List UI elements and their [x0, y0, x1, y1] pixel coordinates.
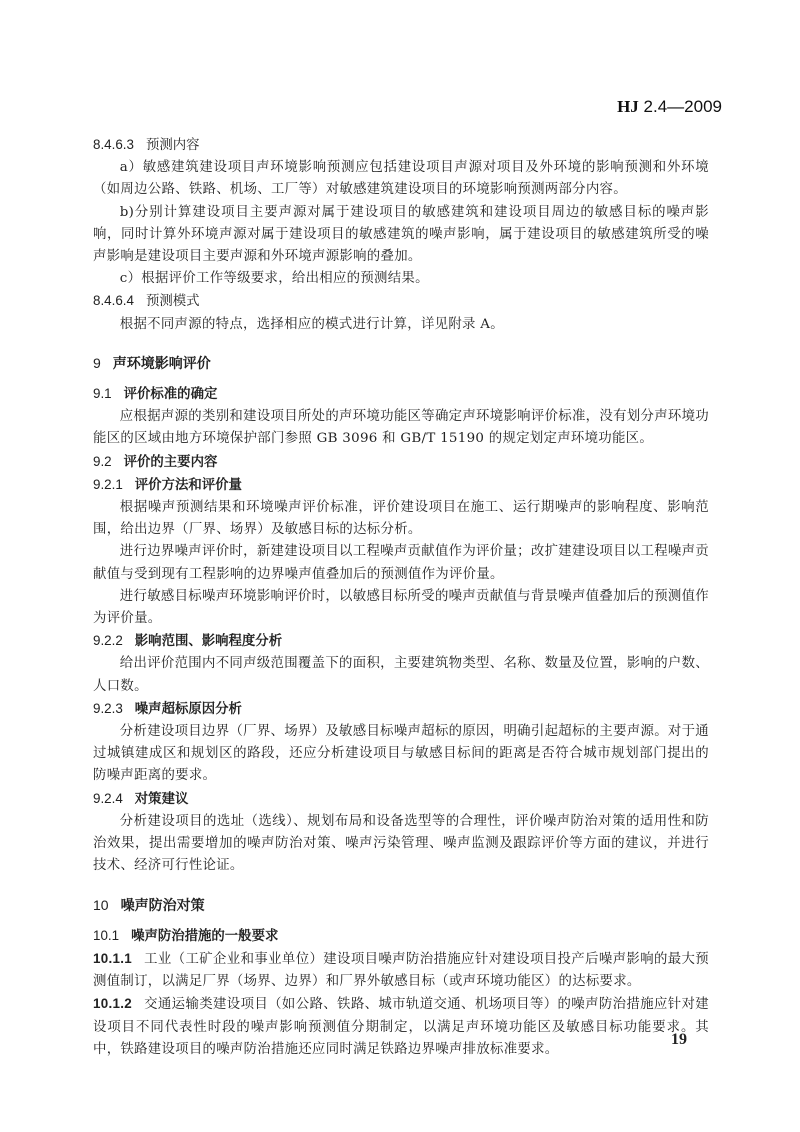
clause-number: 10.1.1 [93, 951, 132, 966]
paragraph-921-2: 进行边界噪声评价时，新建建设项目以工程噪声贡献值作为评价量；改扩建建设项目以工程… [93, 541, 709, 585]
clause-number: 8.4.6.3 [93, 137, 134, 152]
clause-number: 9.2 [93, 454, 112, 469]
clause-number: 10.1 [93, 928, 119, 943]
clause-title: 噪声防治措施的一般要求 [131, 929, 278, 944]
chapter-number: 9 [93, 355, 101, 371]
clause-heading-91: 9.1评价标准的确定 [93, 383, 709, 406]
standard-code-header: HJ 2.4—2009 [617, 97, 722, 117]
chapter-number: 10 [93, 897, 109, 913]
clause-title: 对策建议 [135, 792, 189, 807]
chapter-heading-9: 9声环境影响评价 [93, 352, 709, 375]
clause-title: 评价的主要内容 [124, 455, 218, 470]
clause-heading-101: 10.1噪声防治措施的一般要求 [93, 925, 709, 948]
clause-heading-8463: 8.4.6.3预测内容 [93, 134, 709, 157]
clause-number: 9.2.2 [93, 633, 123, 648]
paragraph-921-1: 根据噪声预测结果和环境噪声评价标准，评价建设项目在施工、运行期噪声的影响程度、影… [93, 497, 709, 541]
paragraph-923: 分析建设项目边界（厂界、场界）及敏感目标噪声超标的原因，明确引起超标的主要声源。… [93, 721, 709, 788]
clause-number: 9.2.1 [93, 477, 123, 492]
clause-number: 9.2.3 [93, 701, 123, 716]
paragraph-8464: 根据不同声源的特点，选择相应的模式进行计算，详见附录 A。 [93, 314, 709, 336]
clause-heading-924: 9.2.4对策建议 [93, 788, 709, 811]
clause-heading-923: 9.2.3噪声超标原因分析 [93, 698, 709, 721]
clause-title: 预测模式 [146, 294, 200, 309]
chapter-heading-10: 10噪声防治对策 [93, 894, 709, 917]
clause-text: 交通运输类建设项目（如公路、铁路、城市轨道交通、机场项目等）的噪声防治措施应针对… [93, 997, 709, 1056]
page-number: 19 [671, 1031, 687, 1049]
clause-number: 10.1.2 [93, 996, 132, 1011]
paragraph-91: 应根据声源的类别和建设项目所处的声环境功能区等确定声环境影响评价标准，没有划分声… [93, 406, 709, 450]
standard-number: 2.4—2009 [644, 97, 722, 116]
clause-1012: 10.1.2交通运输类建设项目（如公路、铁路、城市轨道交通、机场项目等）的噪声防… [93, 993, 709, 1061]
clause-title: 预测内容 [146, 138, 200, 153]
clause-heading-8464: 8.4.6.4预测模式 [93, 290, 709, 313]
clause-heading-922: 9.2.2影响范围、影响程度分析 [93, 630, 709, 653]
document-page: HJ 2.4—2009 8.4.6.3预测内容 a）敏感建筑建设项目声环境影响预… [0, 0, 800, 1132]
clause-title: 影响范围、影响程度分析 [135, 634, 282, 649]
clause-number: 8.4.6.4 [93, 293, 134, 308]
paragraph-924: 分析建设项目的选址（选线）、规划布局和设备选型等的合理性，评价噪声防治对策的适用… [93, 811, 709, 878]
paragraph-921-3: 进行敏感目标噪声环境影响评价时，以敏感目标所受的噪声贡献值与背景噪声值叠加后的预… [93, 586, 709, 630]
clause-heading-921: 9.2.1评价方法和评价量 [93, 474, 709, 497]
clause-title: 评价标准的确定 [124, 387, 218, 402]
clause-1011: 10.1.1工业（工矿企业和事业单位）建设项目噪声防治措施应针对建设项目投产后噪… [93, 948, 709, 993]
paragraph-8463-c: c）根据评价工作等级要求，给出相应的预测结果。 [93, 268, 709, 290]
clause-title: 评价方法和评价量 [135, 478, 242, 493]
clause-heading-92: 9.2评价的主要内容 [93, 451, 709, 474]
paragraph-8463-a: a）敏感建筑建设项目声环境影响预测应包括建设项目声源对项目及外环境的影响预测和外… [93, 157, 709, 201]
standard-prefix: HJ [617, 97, 639, 116]
clause-number: 9.2.4 [93, 791, 123, 806]
clause-title: 噪声超标原因分析 [135, 702, 242, 717]
chapter-title: 声环境影响评价 [113, 356, 211, 372]
chapter-title: 噪声防治对策 [121, 898, 205, 914]
paragraph-922: 给出评价范围内不同声级范围覆盖下的面积，主要建筑物类型、名称、数量及位置，影响的… [93, 653, 709, 697]
document-body: 8.4.6.3预测内容 a）敏感建筑建设项目声环境影响预测应包括建设项目声源对项… [93, 134, 709, 1061]
paragraph-8463-b: b)分别计算建设项目主要声源对属于建设项目的敏感建筑和建设项目周边的敏感目标的噪… [93, 202, 709, 269]
clause-number: 9.1 [93, 386, 112, 401]
clause-text: 工业（工矿企业和事业单位）建设项目噪声防治措施应针对建设项目投产后噪声影响的最大… [93, 952, 709, 989]
